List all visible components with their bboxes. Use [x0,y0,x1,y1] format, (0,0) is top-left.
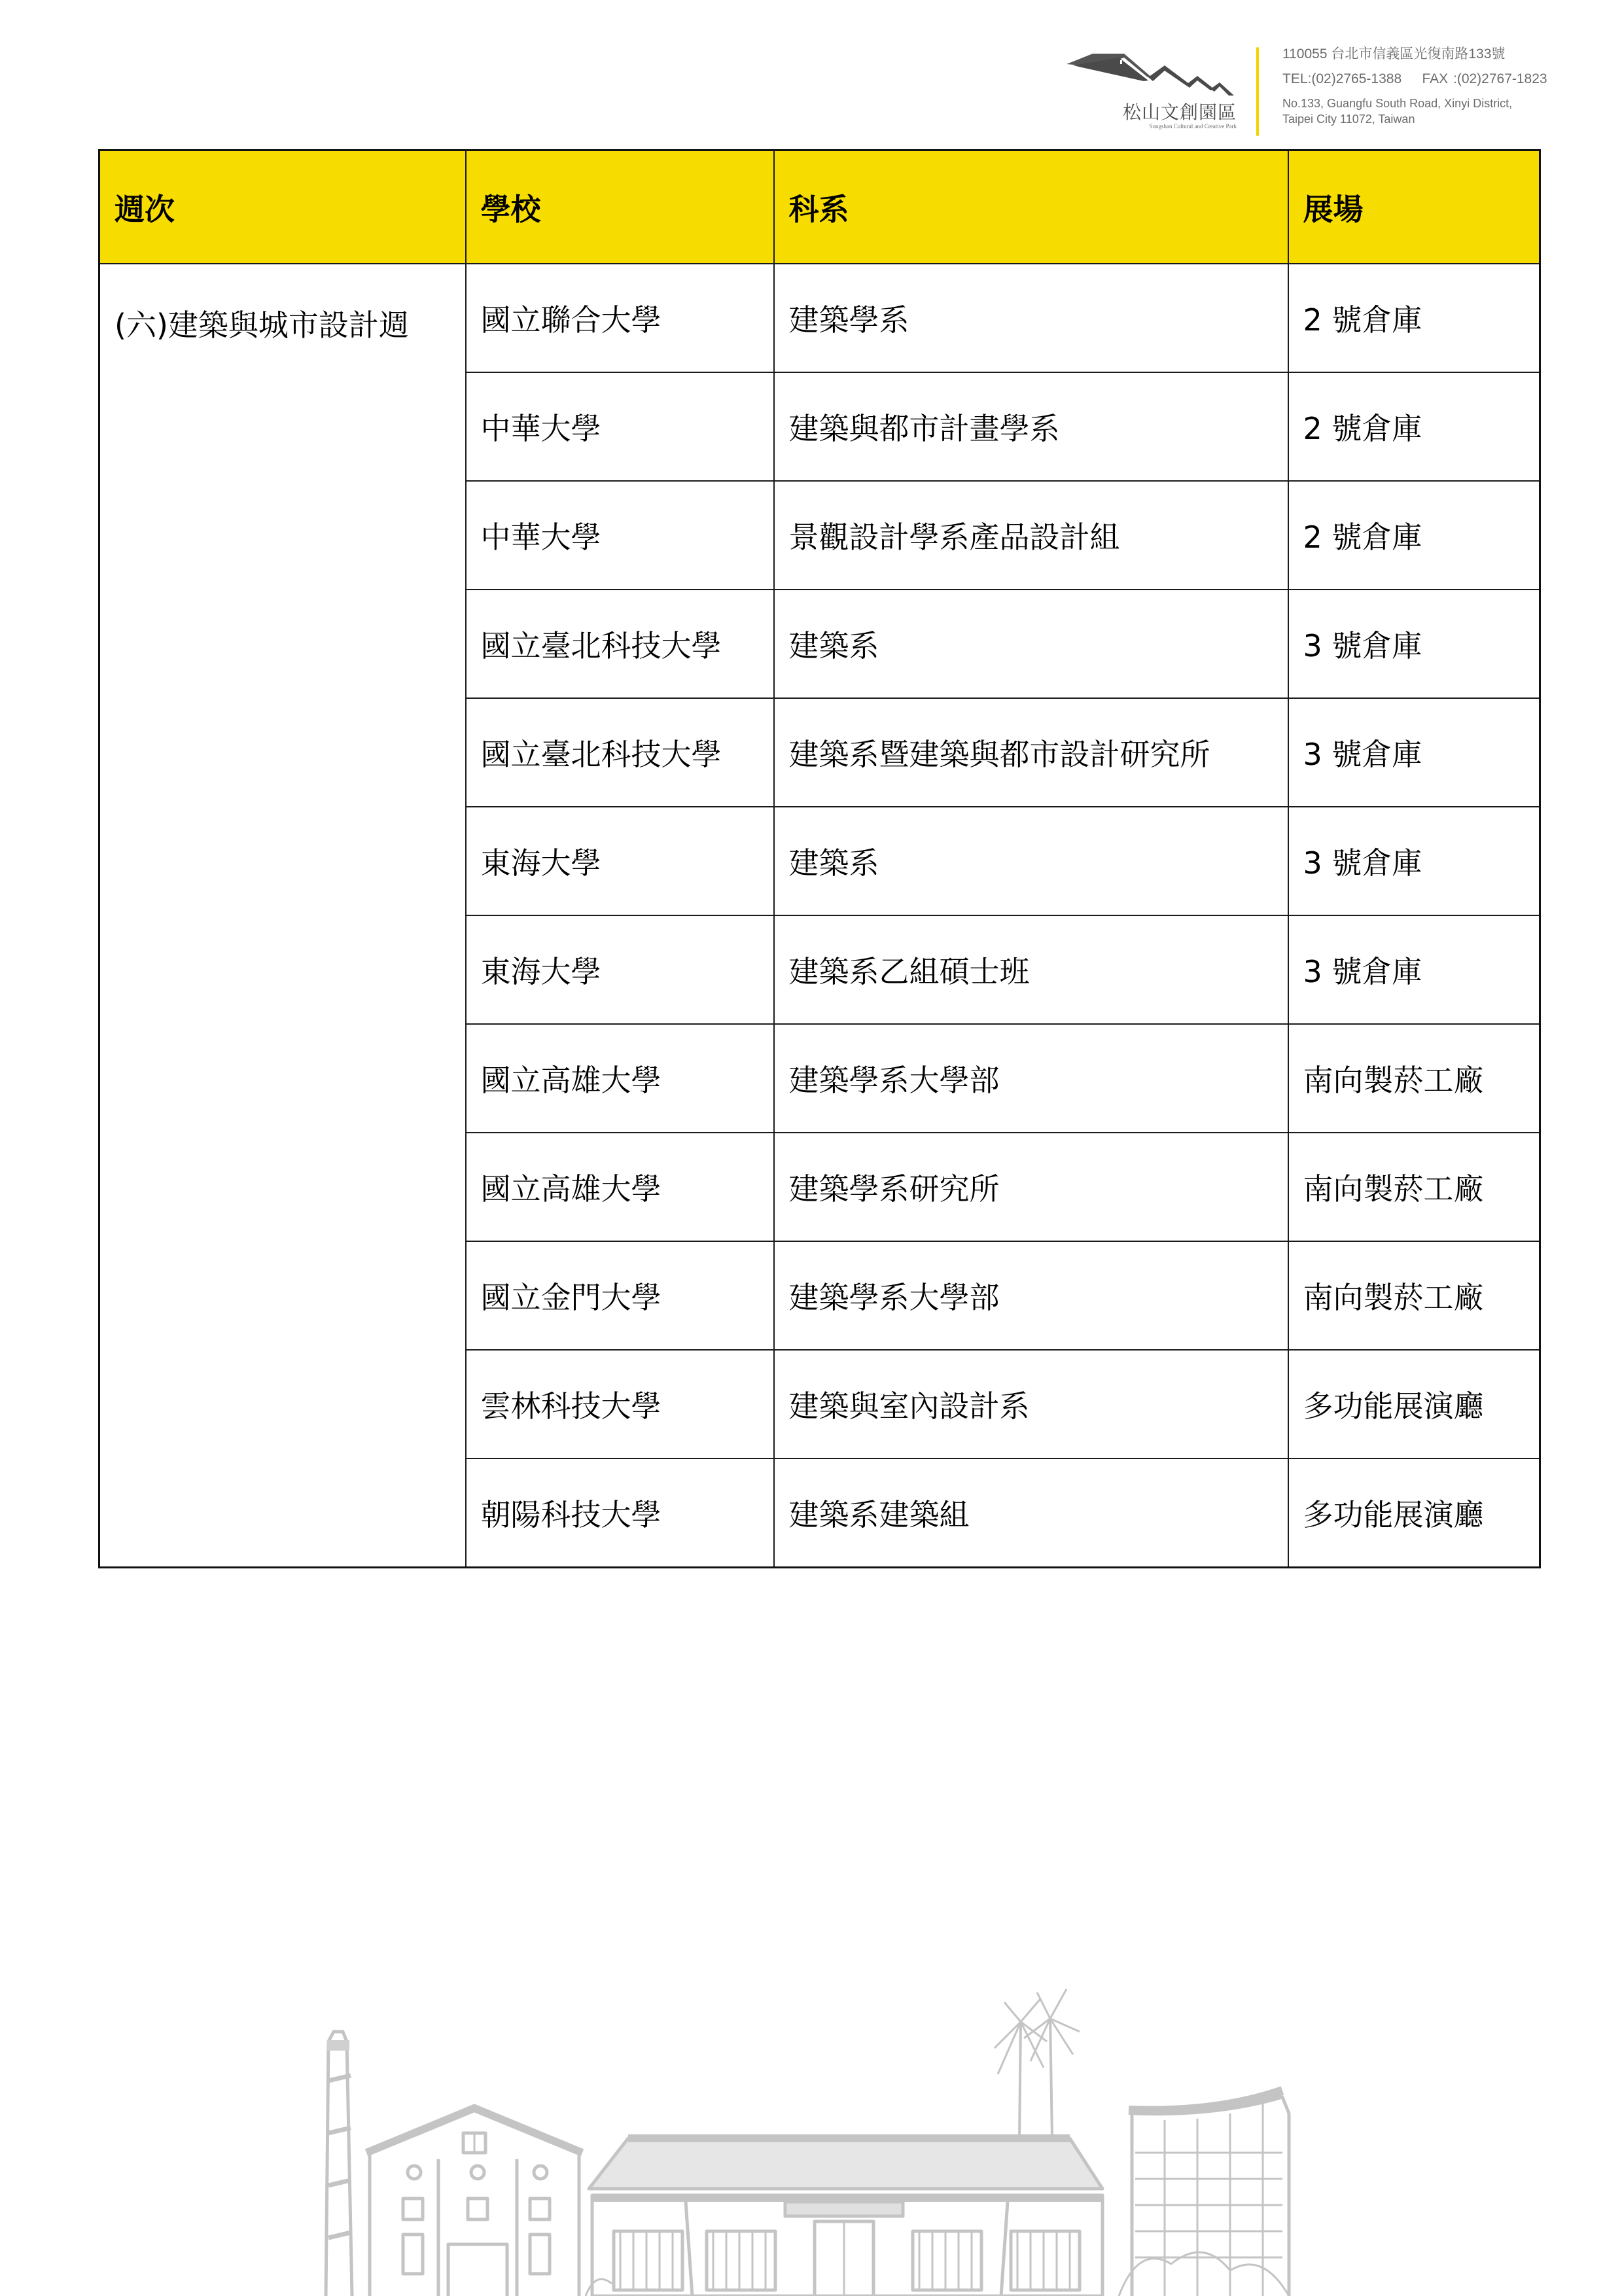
header-school: 學校 [466,150,774,264]
contact-info: 110055 台北市信義區光復南路133號 TEL:(02)2765-1388 … [1282,44,1547,127]
yellow-divider [1256,47,1259,136]
department-cell: 建築與室內設計系 [774,1350,1288,1458]
department-cell: 建築系暨建築與都市設計研究所 [774,698,1288,807]
school-cell: 東海大學 [466,807,774,915]
venue-cell: 南向製菸工廠 [1288,1024,1540,1133]
logo-chinese-name: 松山文創園區 [1123,98,1237,124]
address-english-line-1: No.133, Guangfu South Road, Xinyi Distri… [1282,96,1547,111]
venue-cell: 2 號倉庫 [1288,372,1540,481]
venue-cell: 3 號倉庫 [1288,915,1540,1024]
venue-cell: 3 號倉庫 [1288,698,1540,807]
songshan-park-buildings-sketch-icon [288,1963,1387,2296]
address-english-line-2: Taipei City 11072, Taiwan [1282,111,1547,127]
venue-cell: 2 號倉庫 [1288,481,1540,590]
venue-cell: 2 號倉庫 [1288,264,1540,372]
table-header-row: 週次 學校 科系 展場 [99,150,1540,264]
department-cell: 景觀設計學系產品設計組 [774,481,1288,590]
school-cell: 國立高雄大學 [466,1024,774,1133]
department-cell: 建築學系大學部 [774,1241,1288,1350]
letterhead: 松山文創園區 Songshan Cultural and Creative Pa… [1067,39,1564,137]
week-cell: (六)建築與城市設計週 [99,264,466,1568]
school-cell: 國立高雄大學 [466,1133,774,1241]
park-buildings-illustration [288,1963,1387,2296]
school-cell: 雲林科技大學 [466,1350,774,1458]
department-cell: 建築系建築組 [774,1458,1288,1568]
department-cell: 建築系乙組碩士班 [774,915,1288,1024]
venue-cell: 多功能展演廳 [1288,1458,1540,1568]
school-cell: 國立臺北科技大學 [466,590,774,698]
department-cell: 建築系 [774,590,1288,698]
school-cell: 中華大學 [466,481,774,590]
table-row: (六)建築與城市設計週 國立聯合大學 建築學系 2 號倉庫 [99,264,1540,372]
logo-english-name: Songshan Cultural and Creative Park [1150,123,1237,130]
school-cell: 國立聯合大學 [466,264,774,372]
department-cell: 建築學系大學部 [774,1024,1288,1133]
venue-cell: 3 號倉庫 [1288,807,1540,915]
telephone: TEL:(02)2765-1388 [1282,71,1402,86]
exhibition-schedule-table: 週次 學校 科系 展場 (六)建築與城市設計週 國立聯合大學 建築學系 2 號倉… [98,149,1541,1568]
venue-cell: 南向製菸工廠 [1288,1241,1540,1350]
department-cell: 建築系 [774,807,1288,915]
school-cell: 朝陽科技大學 [466,1458,774,1568]
header-week: 週次 [99,150,466,264]
department-cell: 建築學系研究所 [774,1133,1288,1241]
venue-cell: 多功能展演廳 [1288,1350,1540,1458]
school-cell: 國立金門大學 [466,1241,774,1350]
venue-cell: 3 號倉庫 [1288,590,1540,698]
park-logo: 松山文創園區 Songshan Cultural and Creative Pa… [1067,44,1237,136]
school-cell: 中華大學 [466,372,774,481]
department-cell: 建築學系 [774,264,1288,372]
school-cell: 東海大學 [466,915,774,1024]
roof-logo-icon [1067,44,1237,97]
header-venue: 展場 [1288,150,1540,264]
school-cell: 國立臺北科技大學 [466,698,774,807]
department-cell: 建築與都市計畫學系 [774,372,1288,481]
header-department: 科系 [774,150,1288,264]
fax: FAX :(02)2767-1823 [1422,71,1547,86]
venue-cell: 南向製菸工廠 [1288,1133,1540,1241]
phone-fax: TEL:(02)2765-1388 FAX :(02)2767-1823 [1282,69,1547,89]
address-chinese: 110055 台北市信義區光復南路133號 [1282,44,1547,64]
